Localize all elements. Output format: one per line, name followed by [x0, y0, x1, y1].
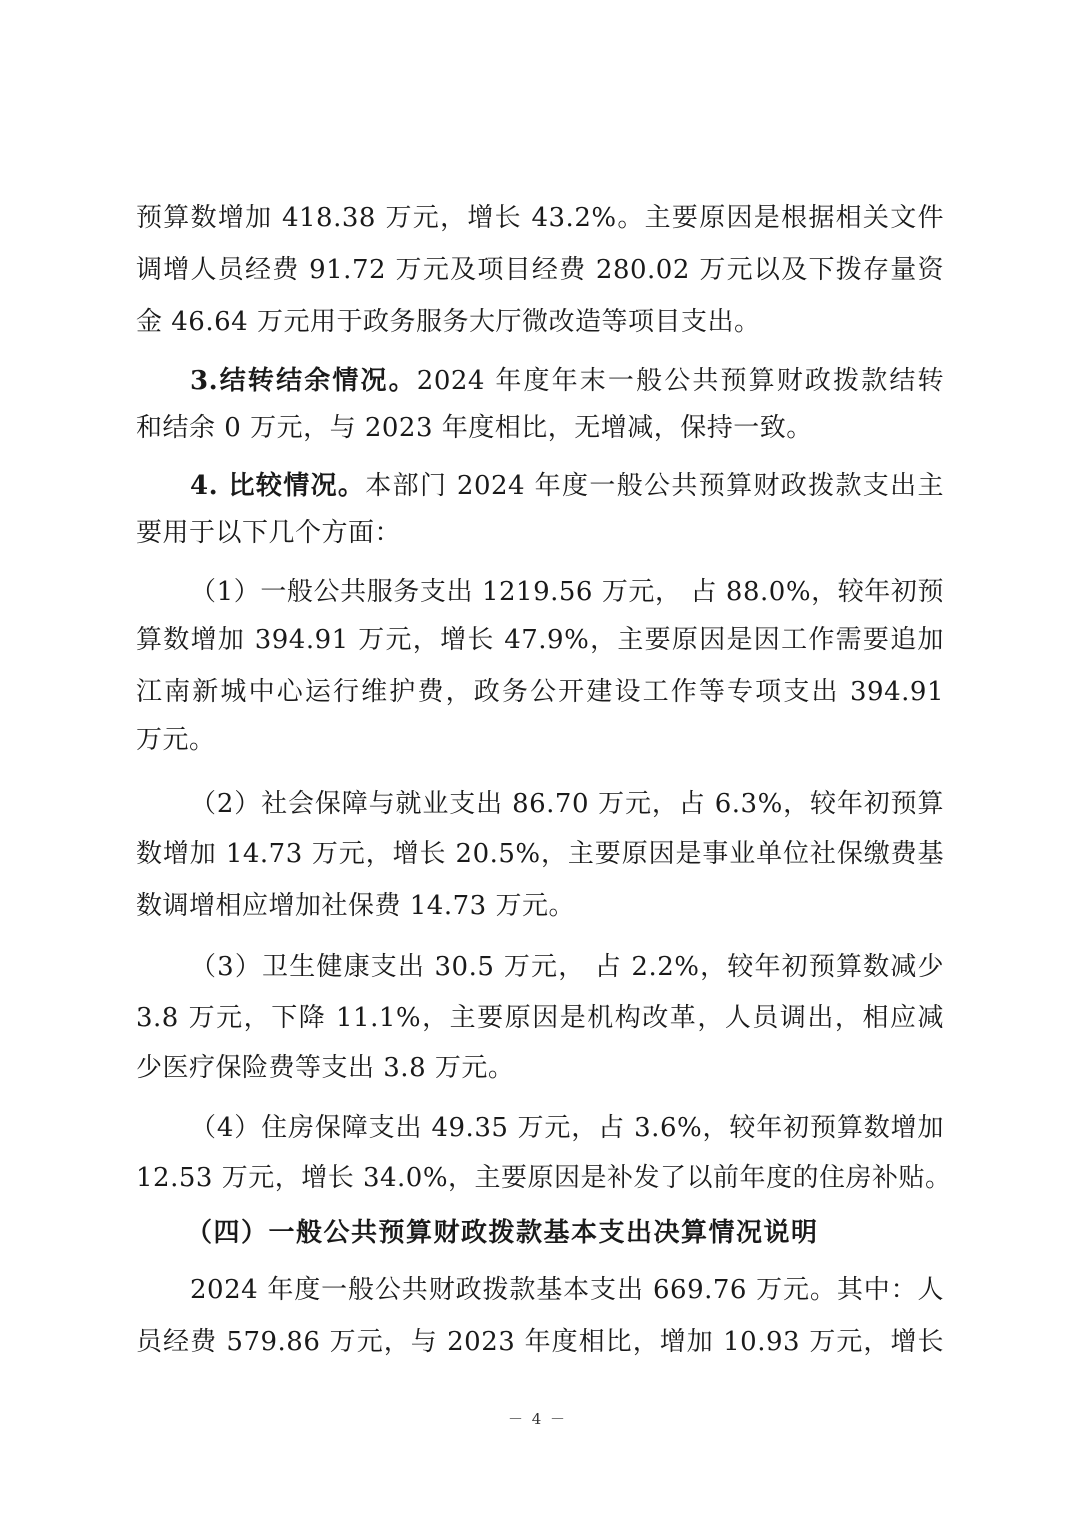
- item-3-line: （3）卫生健康支出 30.5 万元， 占 2.2%，较年初预算数减少: [190, 950, 944, 984]
- item-1-line: 万元。: [136, 723, 944, 757]
- carryover-title: 3.结转结余情况。: [190, 366, 417, 396]
- paragraph-line: 金 46.64 万元用于政务服务大厅微改造等项目支出。: [136, 305, 944, 339]
- carryover-paragraph-first-line: 3.结转结余情况。2024 年度年末一般公共预算财政拨款结转: [190, 364, 944, 398]
- item-3-line: 3.8 万元，下降 11.1%，主要原因是机构改革，人员调出，相应减: [136, 1001, 944, 1035]
- paragraph-line: 要用于以下几个方面：: [136, 516, 944, 550]
- document-page: 预算数增加 418.38 万元，增长 43.2%。主要原因是根据相关文件 调增人…: [0, 0, 1075, 1520]
- item-4-line: 12.53 万元，增长 34.0%，主要原因是补发了以前年度的住房补贴。: [136, 1161, 944, 1195]
- item-1-line: （1）一般公共服务支出 1219.56 万元， 占 88.0%，较年初预: [190, 575, 944, 609]
- item-2-line: 数增加 14.73 万元，增长 20.5%，主要原因是事业单位社保缴费基: [136, 837, 944, 871]
- paragraph-line: 和结余 0 万元，与 2023 年度相比，无增减，保持一致。: [136, 411, 944, 445]
- paragraph-line: 预算数增加 418.38 万元，增长 43.2%。主要原因是根据相关文件: [136, 201, 944, 235]
- item-1-line: 江南新城中心运行维护费，政务公开建设工作等专项支出 394.91: [136, 675, 944, 709]
- comparison-text: 本部门 2024 年度一般公共预算财政拨款支出主: [365, 471, 944, 501]
- paragraph-line: 调增人员经费 91.72 万元及项目经费 280.02 万元以及下拨存量资: [136, 253, 944, 287]
- basic-expenditure-line: 2024 年度一般公共财政拨款基本支出 669.76 万元。其中：人: [190, 1273, 944, 1307]
- section-heading: （四）一般公共预算财政拨款基本支出决算情况说明: [186, 1216, 819, 1250]
- item-3-line: 少医疗保险费等支出 3.8 万元。: [136, 1051, 944, 1085]
- item-2-line: （2）社会保障与就业支出 86.70 万元，占 6.3%，较年初预算: [190, 787, 944, 821]
- basic-expenditure-line: 员经费 579.86 万元，与 2023 年度相比，增加 10.93 万元，增长: [136, 1325, 944, 1359]
- comparison-paragraph-first-line: 4. 比较情况。本部门 2024 年度一般公共预算财政拨款支出主: [190, 469, 944, 503]
- item-2-line: 数调增相应增加社保费 14.73 万元。: [136, 889, 944, 923]
- page-number: － 4 －: [0, 1408, 1075, 1429]
- comparison-title: 4. 比较情况。: [190, 471, 365, 501]
- item-1-line: 算数增加 394.91 万元，增长 47.9%，主要原因是因工作需要追加: [136, 623, 944, 657]
- carryover-text: 2024 年度年末一般公共预算财政拨款结转: [417, 366, 944, 396]
- item-4-line: （4）住房保障支出 49.35 万元，占 3.6%，较年初预算数增加: [190, 1111, 944, 1145]
